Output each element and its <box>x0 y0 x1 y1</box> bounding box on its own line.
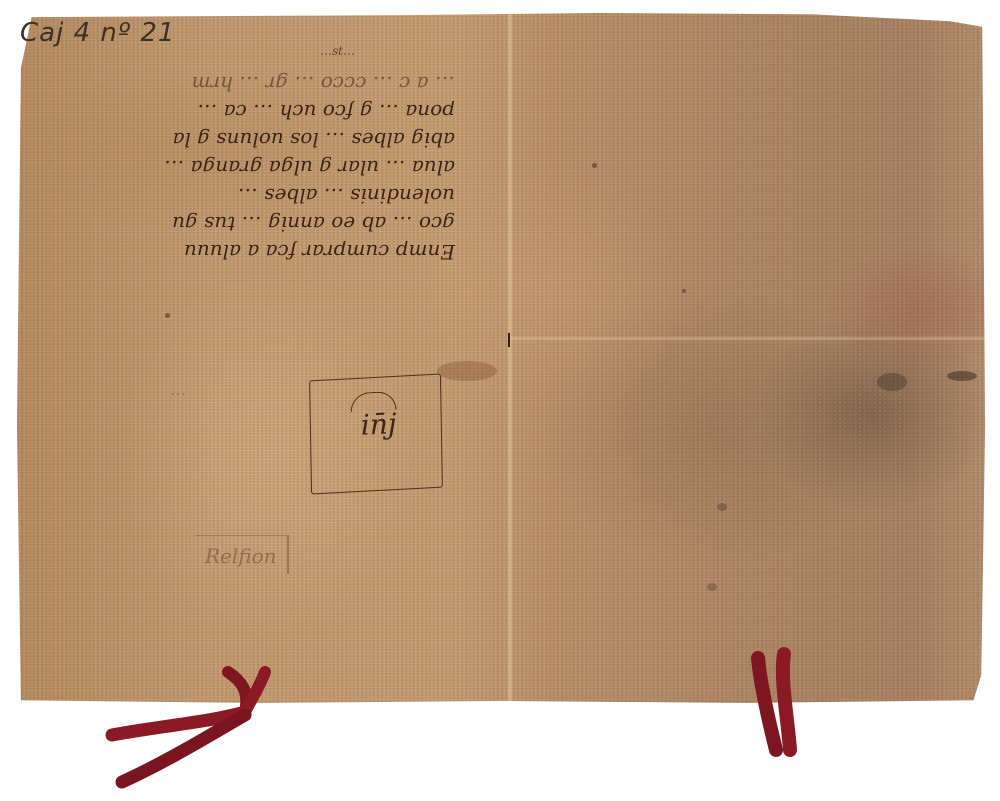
horizontal-fold-line <box>507 336 987 341</box>
stain-spot <box>682 289 686 293</box>
stain-spot <box>877 373 907 391</box>
vertical-fold-line <box>507 13 513 703</box>
stain-spot <box>437 361 497 381</box>
fold-hole <box>508 333 510 347</box>
monogram-box: in̄j <box>309 374 443 495</box>
faint-annotation: … <box>170 380 186 399</box>
top-annotation: …st… <box>320 44 355 58</box>
endorsement-line: gco … ab eo annig … tus gu <box>55 210 455 238</box>
endorsement-line: Enmp cumprar fca a aluuu <box>55 238 455 266</box>
stain-spot <box>592 163 597 168</box>
stain-spot <box>165 313 170 318</box>
endorsement-line: … a c … ccco … gr … hrm <box>55 70 455 98</box>
endorsement-line: alua … ular g ulga granga … <box>55 154 455 182</box>
stain-spot <box>717 503 727 511</box>
monogram-text: in̄j <box>361 407 397 442</box>
endorsement-line: pona … g fco uch … ca … <box>55 98 455 126</box>
inverted-endorsement-text: Enmp cumprar fca a aluuu gco … ab eo ann… <box>55 70 455 266</box>
faint-signature-box: Relfion <box>195 535 289 574</box>
right-seal-cord-icon <box>740 640 810 765</box>
shelfmark-label: Caj 4 nº 21 <box>20 18 175 48</box>
left-seal-cord-icon <box>100 660 290 795</box>
stain-spot <box>707 583 717 591</box>
endorsement-line: abig albes … los uoluns g la <box>55 126 455 154</box>
stain-spot <box>947 371 977 381</box>
endorsement-line: uolendinis … albes … <box>55 182 455 210</box>
